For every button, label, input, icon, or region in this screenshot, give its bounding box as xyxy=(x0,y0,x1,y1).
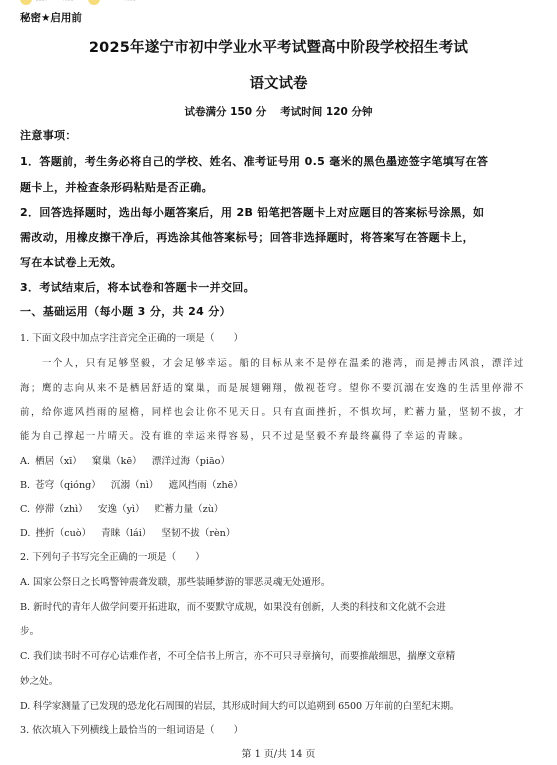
question-2-option-a: A. 国家公祭日之长鸣警钟震聋发聩，那些装睡梦游的罪恶灵魂无处遁形。 xyxy=(20,574,330,588)
exam-meta: 试卷满分 150 分考试时间 120 分钟 xyxy=(0,104,557,119)
logo-url-text: ·······.com xyxy=(104,0,136,2)
question-1-stem: 1. 下面文段中加点字注音完全正确的一项是（ ） xyxy=(20,330,243,344)
page-indicator: 第 1 页/共 14 页 xyxy=(0,746,557,760)
exam-subtitle: 语文试卷 xyxy=(0,72,557,93)
question-3-stem: 3. 依次填入下列横线上最恰当的一组词语是（ ） xyxy=(20,722,243,736)
question-2-option-d: D. 科学家测量了已发现的恐龙化石周围的岩层，其形成时间大约可以追朔到 6500… xyxy=(20,698,459,712)
passage-line: 一个人，只有足够坚毅，才会足够幸运。船的目标从来不是停在温柔的港湾，而是搏击风浪… xyxy=(20,355,525,369)
watermark-logos: www.·····.com ·······.com xyxy=(20,0,136,4)
section-heading: 一、基础运用（每小题 3 分，共 24 分） xyxy=(20,303,231,319)
question-1-option-d: D. 挫折（cuò）青睐（lái）坚韧不拔（rèn） xyxy=(20,525,235,539)
notice-line: 3．考试结束后，将本试卷和答题卡一并交回。 xyxy=(20,279,255,295)
question-2-option-c-cont: 妙之处。 xyxy=(20,673,58,687)
question-2-stem: 2. 下列句子书写完全正确的一项是（ ） xyxy=(20,549,205,563)
yellow-circle-logo-icon xyxy=(88,0,100,5)
exam-title: 2025年遂宁市初中学业水平考试暨高中阶段学校招生考试 xyxy=(0,36,557,57)
confidentiality-label: 秘密★启用前 xyxy=(20,10,82,25)
passage-line: 能为自己撑起一片晴天。没有谁的幸运来得容易，只不过是坚毅不弃最终赢得了幸运的青睐… xyxy=(20,428,470,442)
question-2-option-c: C. 我们读书时不可存心诘难作者，不可全信书上所言，亦不可只寻章摘句，而要推敲细… xyxy=(20,648,455,662)
site-logo: www.·····.com xyxy=(20,0,74,5)
exam-duration: 考试时间 120 分钟 xyxy=(280,106,372,118)
yellow-circle-logo-icon xyxy=(20,0,32,5)
notice-line: 2．回答选择题时，选出每小题答案后，用 2B 铅笔把答题卡上对应题目的答案标号涂… xyxy=(20,204,484,220)
notice-line: 需改动，用橡皮擦干净后，再选涂其他答案标号；回答非选择题时，将答案写在答题卡上， xyxy=(20,229,474,245)
question-1-option-a: A. 栖居（xī）窠巢（kē）漂洋过海（piāo） xyxy=(20,453,230,467)
logo-url-text: www.·····.com xyxy=(36,0,74,2)
passage-line: 海；鹰的志向从来不是栖居舒适的窠巢，而是展翅翱翔，傲视苍穹。望你不要沉溺在安逸的… xyxy=(20,380,525,394)
passage-line: 前，给你遮风挡雨的屋檐，同样也会让你不见天日。只有直面挫折，不惧坎坷，贮蓄力量，… xyxy=(20,404,525,418)
full-score: 试卷满分 150 分 xyxy=(185,106,267,118)
question-1-option-b: B. 苍穹（qióng）沉溺（nì）遮风挡雨（zhē） xyxy=(20,477,243,491)
question-2-option-b: B. 新时代的青年人做学问要开拓进取，而不要默守成规，如果没有创新，人类的科技和… xyxy=(20,599,446,613)
notice-heading: 注意事项： xyxy=(20,127,77,143)
notice-line: 1．答题前，考生务必将自己的学校、姓名、准考证号用 0.5 毫米的黑色墨迹签字笔… xyxy=(20,153,488,169)
site-logo: ·······.com xyxy=(88,0,136,5)
question-2-option-b-cont: 步。 xyxy=(20,623,39,637)
question-1-option-c: C. 停滞（zhì）安逸（yì）贮蓄力量（zù） xyxy=(20,501,223,515)
notice-line: 题卡上，并检查条形码粘贴是否正确。 xyxy=(20,179,213,195)
notice-line: 写在本试卷上无效。 xyxy=(20,254,122,270)
